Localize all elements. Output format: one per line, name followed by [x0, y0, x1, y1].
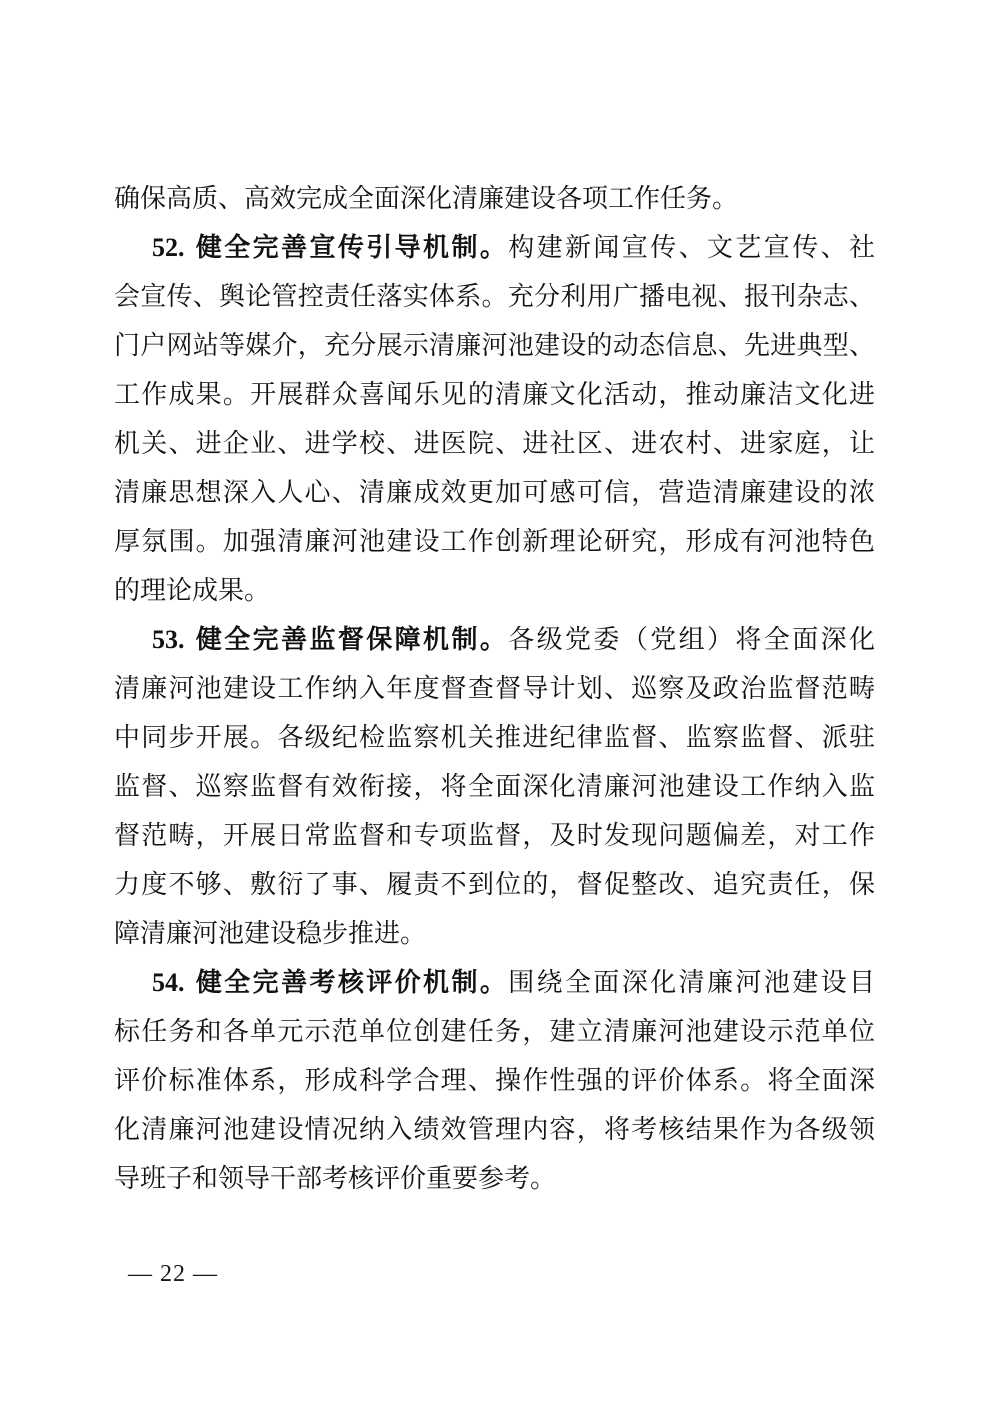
paragraph-number: 53. — [152, 625, 185, 654]
page-content: 确保高质、高效完成全面深化清廉建设各项工作任务。 52.健全完善宣传引导机制。构… — [114, 174, 875, 1203]
text-line: 会宣传、舆论管控责任落实体系。充分利用广播电视、报刊杂志、 — [114, 272, 875, 321]
text-line: 导班子和领导干部考核评价重要参考。 — [114, 1154, 875, 1203]
text-run: 构建新闻宣传、文艺宣传、社 — [508, 233, 875, 262]
page-number-footer: — 22 — — [128, 1259, 218, 1289]
text-run: 围绕全面深化清廉河池建设目 — [508, 968, 875, 997]
text-line: 评价标准体系，形成科学合理、操作性强的评价体系。将全面深 — [114, 1056, 875, 1105]
paragraph-52: 52.健全完善宣传引导机制。构建新闻宣传、文艺宣传、社 会宣传、舆论管控责任落实… — [114, 223, 875, 615]
paragraph-number: 52. — [152, 233, 185, 262]
text-line: 清廉思想深入人心、清廉成效更加可感可信，营造清廉建设的浓 — [114, 468, 875, 517]
paragraph-53: 53.健全完善监督保障机制。各级党委（党组）将全面深化 清廉河池建设工作纳入年度… — [114, 615, 875, 958]
paragraph-52-first-line: 52.健全完善宣传引导机制。构建新闻宣传、文艺宣传、社 — [114, 223, 875, 272]
paragraph-54-first-line: 54.健全完善考核评价机制。围绕全面深化清廉河池建设目 — [114, 958, 875, 1007]
text-line: 清廉河池建设工作纳入年度督查督导计划、巡察及政治监督范畴 — [114, 664, 875, 713]
text-line: 确保高质、高效完成全面深化清廉建设各项工作任务。 — [114, 174, 875, 223]
text-run: 各级党委（党组）将全面深化 — [508, 625, 875, 654]
paragraph-heading: 健全完善监督保障机制。 — [194, 624, 509, 654]
text-line: 工作成果。开展群众喜闻乐见的清廉文化活动，推动廉洁文化进 — [114, 370, 875, 419]
paragraph-heading: 健全完善考核评价机制。 — [194, 967, 509, 997]
paragraph-54: 54.健全完善考核评价机制。围绕全面深化清廉河池建设目 标任务和各单元示范单位创… — [114, 958, 875, 1203]
paragraph-53-first-line: 53.健全完善监督保障机制。各级党委（党组）将全面深化 — [114, 615, 875, 664]
paragraph-number: 54. — [152, 968, 185, 997]
document-page: 确保高质、高效完成全面深化清廉建设各项工作任务。 52.健全完善宣传引导机制。构… — [0, 0, 1000, 1414]
text-line: 厚氛围。加强清廉河池建设工作创新理论研究，形成有河池特色 — [114, 517, 875, 566]
text-line: 门户网站等媒介，充分展示清廉河池建设的动态信息、先进典型、 — [114, 321, 875, 370]
paragraph-heading: 健全完善宣传引导机制。 — [194, 232, 509, 262]
text-line: 标任务和各单元示范单位创建任务，建立清廉河池建设示范单位 — [114, 1007, 875, 1056]
paragraph-continuation: 确保高质、高效完成全面深化清廉建设各项工作任务。 — [114, 174, 875, 223]
text-line: 机关、进企业、进学校、进医院、进社区、进农村、进家庭，让 — [114, 419, 875, 468]
text-line: 的理论成果。 — [114, 566, 875, 615]
text-line: 化清廉河池建设情况纳入绩效管理内容，将考核结果作为各级领 — [114, 1105, 875, 1154]
text-line: 督范畴，开展日常监督和专项监督，及时发现问题偏差，对工作 — [114, 811, 875, 860]
text-line: 中同步开展。各级纪检监察机关推进纪律监督、监察监督、派驻 — [114, 713, 875, 762]
text-line: 障清廉河池建设稳步推进。 — [114, 909, 875, 958]
text-line: 力度不够、敷衍了事、履责不到位的，督促整改、追究责任，保 — [114, 860, 875, 909]
text-line: 监督、巡察监督有效衔接，将全面深化清廉河池建设工作纳入监 — [114, 762, 875, 811]
